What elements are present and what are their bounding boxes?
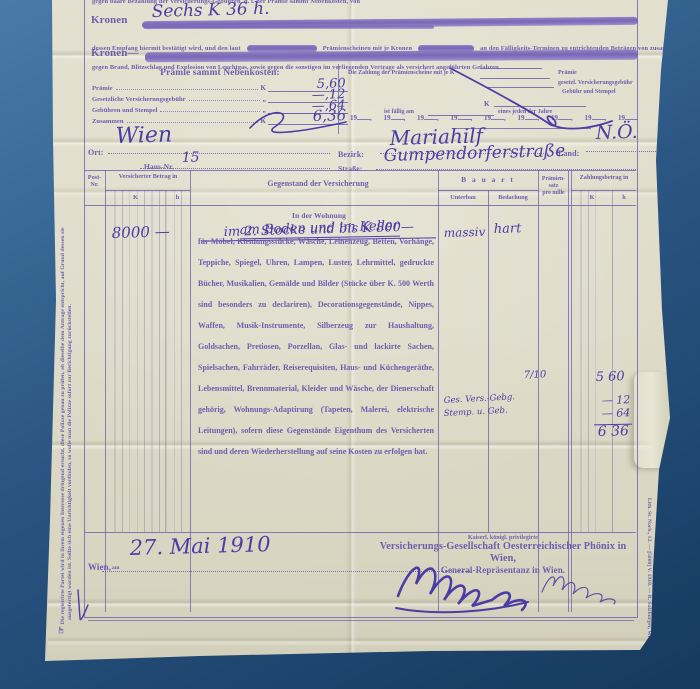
- left-margin-line-2: ausgefertigt worden ist. Sollte sich ein…: [67, 14, 74, 634]
- ink-strokes-overlay: [0, 0, 700, 689]
- pointing-hand-icon: ☞: [56, 626, 66, 634]
- pen-tick: [78, 590, 88, 620]
- premium-flourish: [250, 113, 346, 133]
- printer-imprint: Lith. St. Norb., 12. — [5000] V. 1910. —…: [646, 498, 652, 616]
- left-margin-line-1: ☞ Die registrirte Partei wird in ihrem e…: [58, 14, 67, 634]
- photo-stage: gegen baare Bezahlung der Versicherungs-…: [0, 0, 700, 689]
- left-margin-note: ☞ Die registrirte Partei wird in ihrem e…: [58, 14, 74, 634]
- policy-paper: gegen baare Bezahlung der Versicherungs-…: [0, 0, 700, 689]
- cancellation-stroke: [450, 68, 612, 129]
- left-margin-text-1: Die registrirte Partei wird in ihrem eig…: [60, 227, 66, 624]
